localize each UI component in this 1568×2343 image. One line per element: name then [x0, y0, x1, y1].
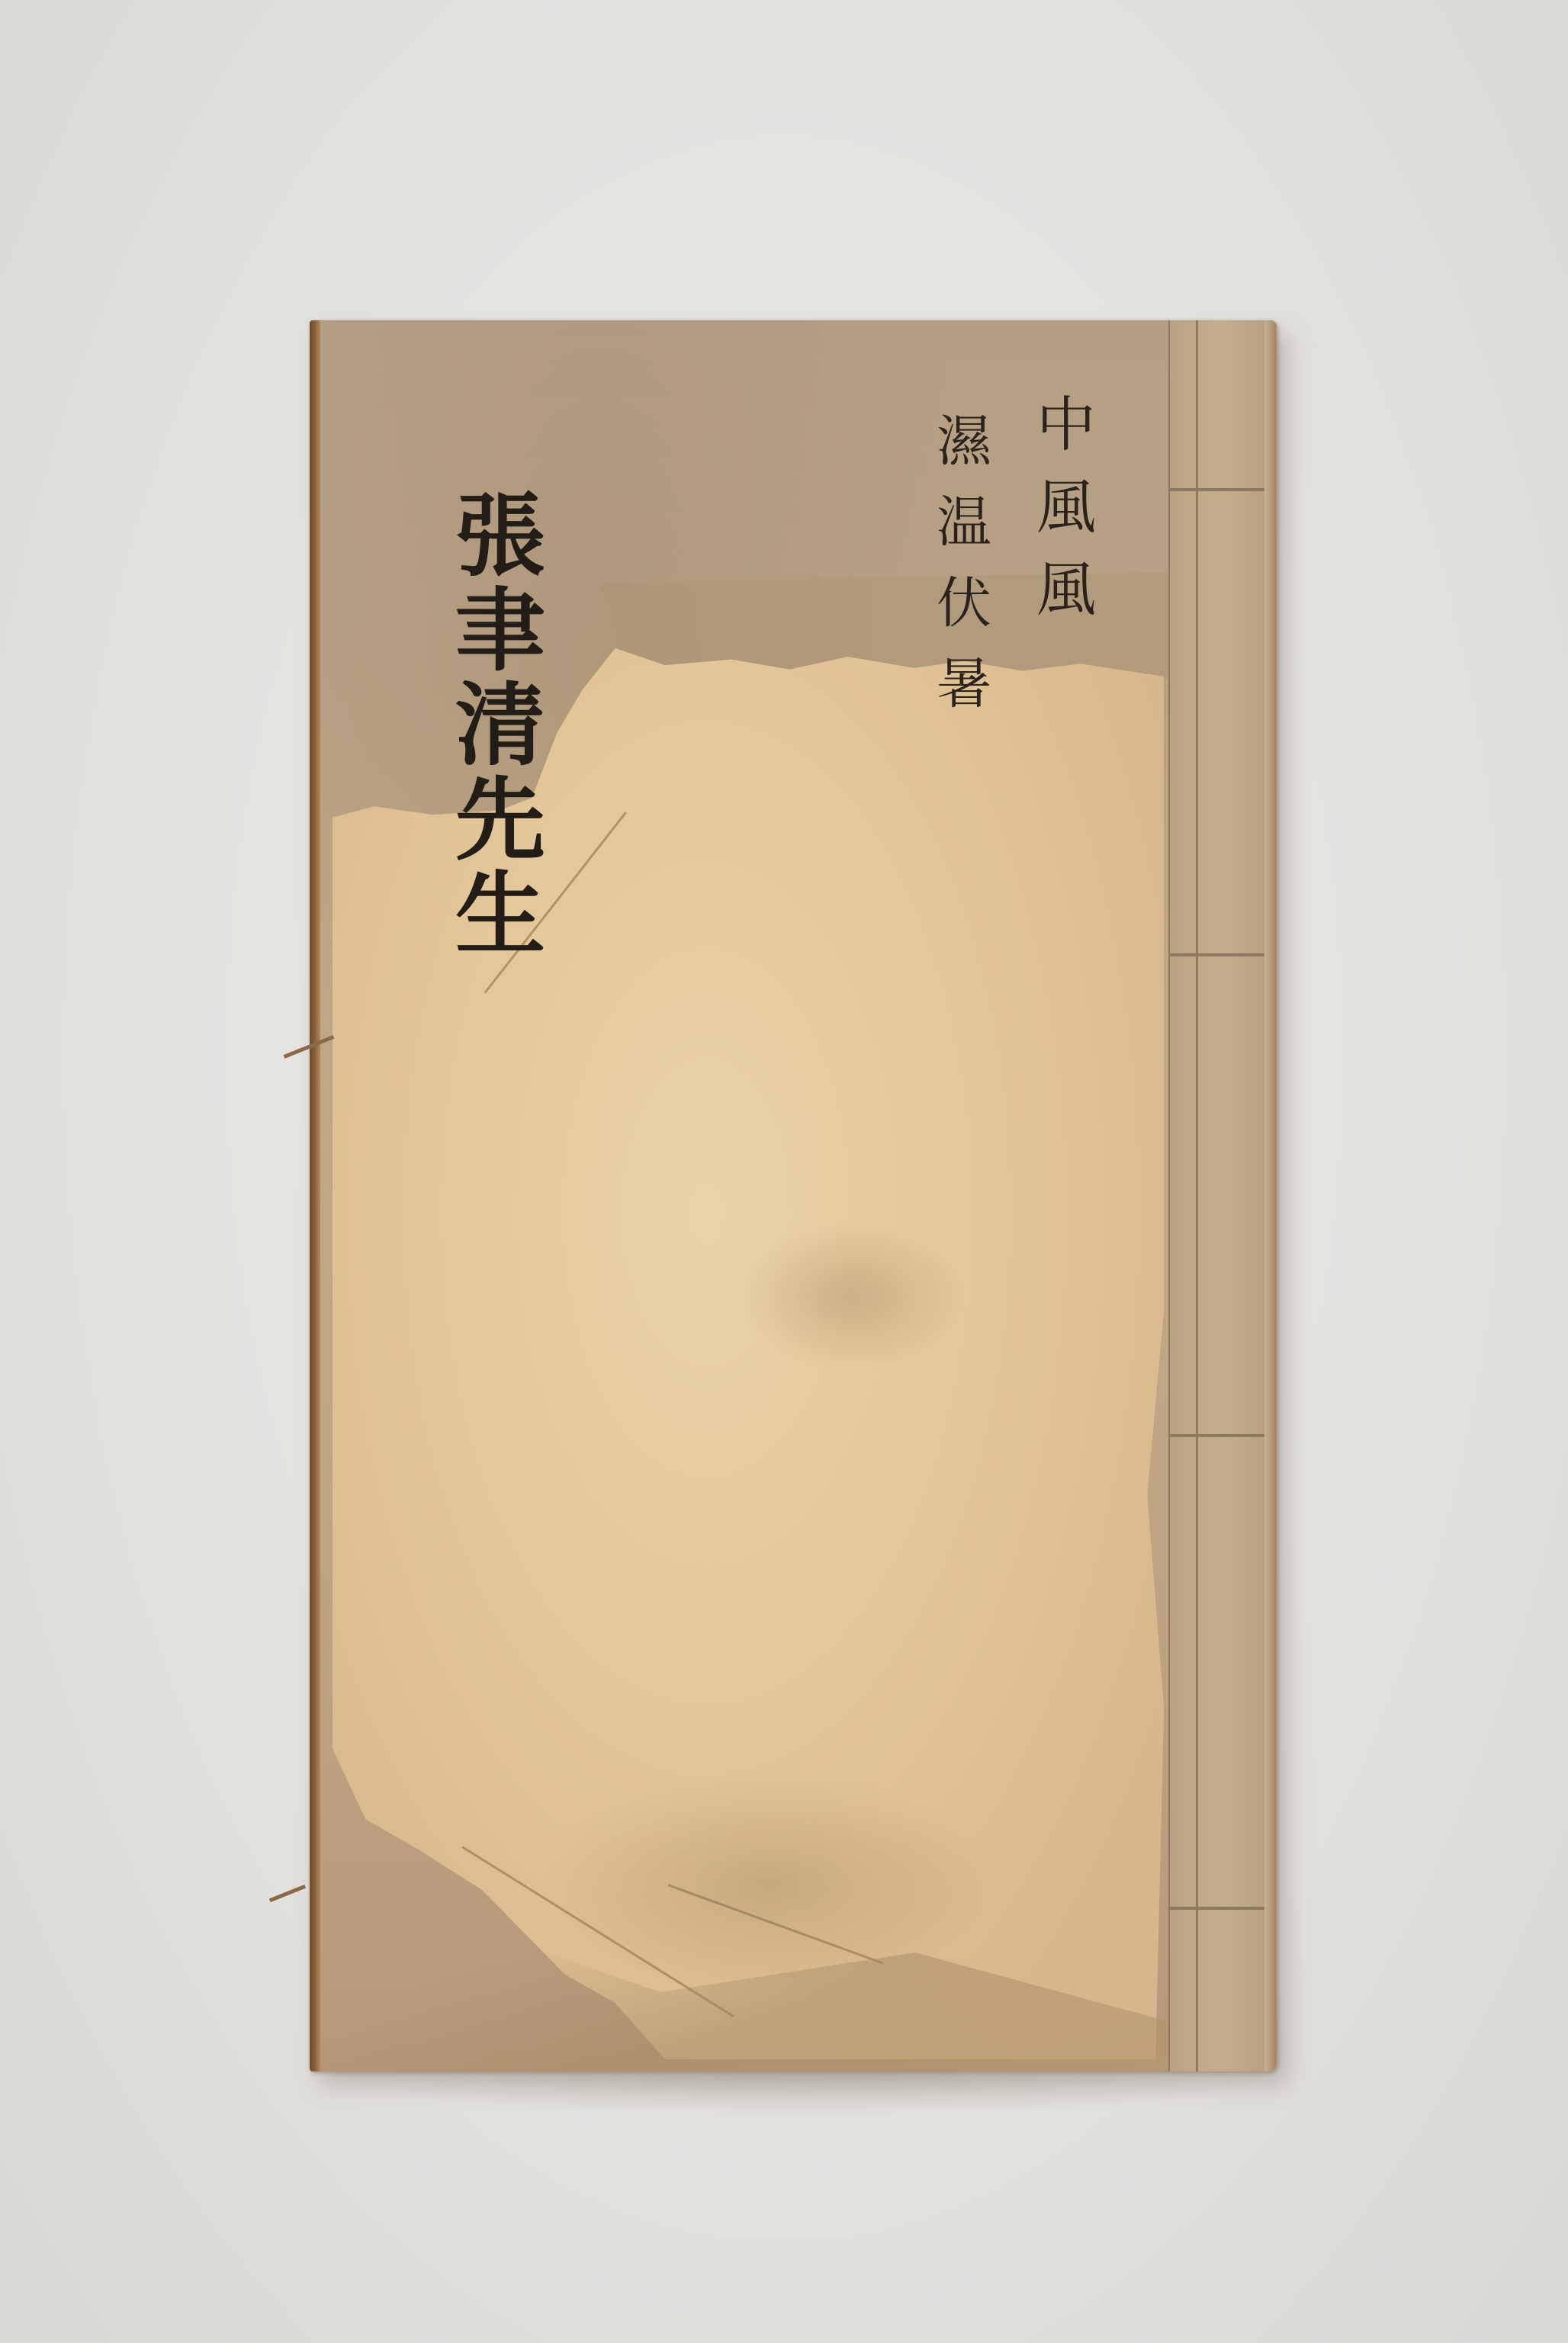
book-spine-binding: [1168, 320, 1277, 2071]
binding-stitch: [1170, 1434, 1269, 1437]
binding-stitch: [1170, 953, 1269, 956]
spine-edge: [1264, 320, 1277, 2071]
cover-left-edge: [310, 320, 320, 2071]
book-shadow: [320, 2071, 1281, 2117]
water-stain: [737, 1220, 966, 1373]
binding-stitch: [1170, 488, 1269, 491]
photograph: 張聿清先生 中風風 濕温伏暑: [0, 0, 1568, 2343]
label-right-column: 中風風: [1027, 393, 1095, 640]
label-left-column: 濕温伏暑: [927, 412, 991, 735]
binding-thread: [1196, 320, 1198, 2071]
binding-stitch: [1170, 1907, 1269, 1910]
book-title: 張聿清先生: [439, 488, 546, 961]
loose-thread: [269, 1885, 306, 1902]
thread-bound-book: 張聿清先生 中風風 濕温伏暑: [310, 320, 1277, 2071]
